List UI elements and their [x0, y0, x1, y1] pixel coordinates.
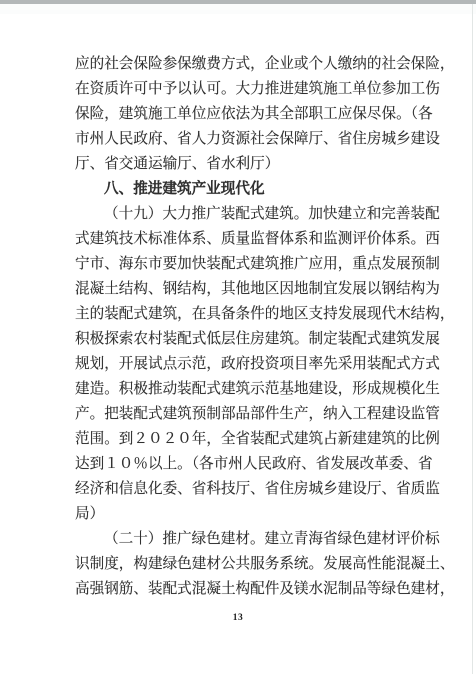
- text-line: 范围。到２０２０年，全省装配式建筑占新建建筑的比例: [75, 427, 467, 452]
- text-line: 建造。积极推动装配式建筑示范基地建设，形成规模化生: [75, 377, 467, 402]
- text-line: 市州人民政府、省人力资源社会保障厅、省住房城乡建设: [75, 127, 467, 152]
- text-line: 厅、省交通运输厅、省水利厅）: [75, 152, 467, 177]
- text-line: （二十）推广绿色建材。建立青海省绿色建材评价标: [75, 527, 467, 552]
- text-line: 经济和信息化委、省科技厅、省住房城乡建设厅、省质监: [75, 477, 467, 502]
- document-body: 应的社会保险参保缴费方式，企业或个人缴纳的社会保险，在资质许可中予以认可。大力推…: [75, 52, 467, 602]
- text-line: （十九）大力推广装配式建筑。加快建立和完善装配: [75, 202, 467, 227]
- text-line: 达到１０％以上。（各市州人民政府、省发展改革委、省: [75, 452, 467, 477]
- text-line: 规划，开展试点示范，政府投资项目率先采用装配式方式: [75, 352, 467, 377]
- text-line: 主的装配式建筑，在具备条件的地区支持发展现代木结构，: [75, 302, 467, 327]
- text-line: 产。把装配式建筑预制部品部件生产，纳入工程建设监管: [75, 402, 467, 427]
- text-line: 式建筑技术标准体系、质量监督体系和监测评价体系。西: [75, 227, 467, 252]
- page-number: 13: [0, 613, 476, 623]
- text-line: 应的社会保险参保缴费方式，企业或个人缴纳的社会保险，: [75, 52, 467, 77]
- scan-page-edge-line: [472, 4, 473, 674]
- text-line: 保险，建筑施工单位应依法为其全部职工应保尽保。（各: [75, 102, 467, 127]
- text-line: 识制度，构建绿色建材公共服务系统。发展高性能混凝土、: [75, 552, 467, 577]
- text-line: 宁市、海东市要加快装配式建筑推广应用，重点发展预制: [75, 252, 467, 277]
- scanner-top-shade: [0, 4, 476, 14]
- text-line: 在资质许可中予以认可。大力推进建筑施工单位参加工伤: [75, 77, 467, 102]
- text-line: 积极探索农村装配式低层住房建筑。制定装配式建筑发展: [75, 327, 467, 352]
- text-line: 高强钢筋、装配式混凝土构配件及镁水泥制品等绿色建材，: [75, 577, 467, 602]
- section-heading: 八、推进建筑产业现代化: [75, 177, 467, 202]
- text-line: 局）: [75, 502, 467, 527]
- text-line: 混凝土结构、钢结构，其他地区因地制宜发展以钢结构为: [75, 277, 467, 302]
